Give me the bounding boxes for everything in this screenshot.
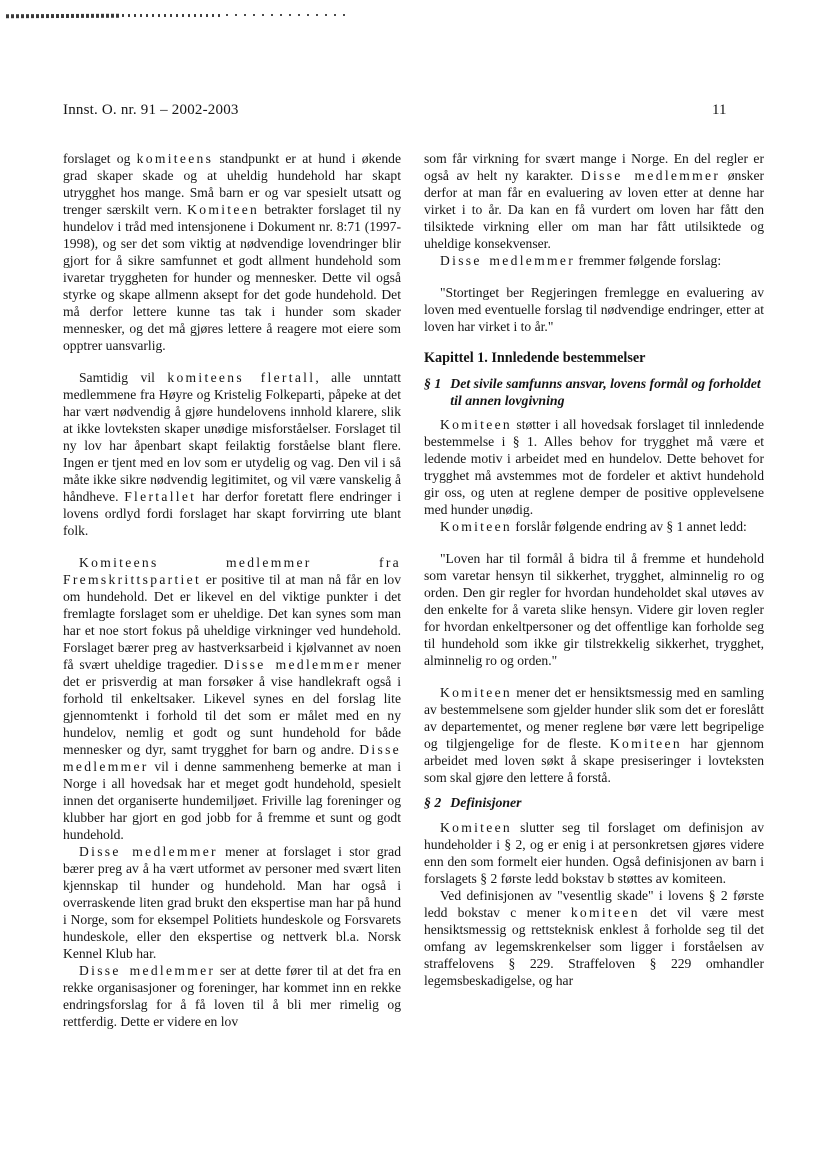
paragraph: Ved definisjonen av "vesentlig skade" i …: [424, 887, 764, 989]
body-text: , alle unntatt medlemmene fra Høyre og K…: [63, 370, 401, 504]
section-heading: § 1Det sivile samfunns ansvar, lovens fo…: [424, 376, 764, 409]
emphasized-text: Komiteen: [440, 417, 512, 432]
document-header-title: Innst. O. nr. 91 – 2002-2003: [63, 102, 239, 119]
paragraph: "Stortinget ber Regjeringen fremlegge en…: [424, 284, 764, 335]
paragraph: Komiteen slutter seg til forslaget om de…: [424, 819, 764, 887]
emphasized-text: Komiteen: [440, 685, 512, 700]
emphasized-text: Komiteen: [610, 736, 682, 751]
chapter-heading: Kapittel 1. Innledende bestemmelser: [424, 350, 764, 367]
emphasized-text: Komiteen: [187, 202, 259, 217]
paragraph: Disse medlemmer mener at forslaget i sto…: [63, 843, 401, 962]
section-number: § 2: [424, 795, 441, 812]
emphasized-text: Komiteen: [440, 820, 512, 835]
scan-artifact-line: [122, 14, 224, 17]
body-text: "Loven har til formål å bidra til å frem…: [424, 551, 764, 668]
paragraph: Komiteens medlemmer fra Fremskrittsparti…: [63, 554, 401, 843]
paragraph: Disse medlemmer ser at dette fører til a…: [63, 962, 401, 1030]
emphasized-text: Disse medlemmer: [224, 657, 361, 672]
section-heading: § 2Definisjoner: [424, 795, 764, 812]
emphasized-text: komiteen: [571, 905, 640, 920]
paragraph: som får virkning for svært mange i Norge…: [424, 150, 764, 252]
paragraph: "Loven har til formål å bidra til å frem…: [424, 550, 764, 669]
page-number: 11: [712, 102, 726, 119]
emphasized-text: Flertallet: [124, 489, 196, 504]
body-text: mener det er prisverdig at man forsøker …: [63, 657, 401, 757]
emphasized-text: komiteens: [137, 151, 214, 166]
emphasized-text: Disse medlemmer: [79, 963, 215, 978]
section-title: Definisjoner: [450, 795, 764, 812]
right-column: som får virkning for svært mange i Norge…: [424, 150, 764, 989]
section-title: Det sivile samfunns ansvar, lovens formå…: [450, 376, 764, 409]
section-number: § 1: [424, 376, 441, 409]
emphasized-text: Disse medlemmer: [79, 844, 218, 859]
paragraph: forslaget og komiteens standpunkt er at …: [63, 150, 401, 354]
body-text: mener at forslaget i stor grad bærer pre…: [63, 844, 401, 961]
paragraph: Samtidig vil komiteens flertall, alle un…: [63, 369, 401, 539]
body-text: forslår følgende endring av § 1 annet le…: [512, 519, 747, 534]
paragraph: Disse medlemmer fremmer følgende forslag…: [424, 252, 764, 269]
paragraph: Komiteen mener det er hensiktsmessig med…: [424, 684, 764, 786]
scan-artifact-line: [226, 14, 348, 16]
emphasized-text: komiteens flertall: [167, 370, 315, 385]
left-column: forslaget og komiteens standpunkt er at …: [63, 150, 401, 1030]
emphasized-text: Disse medlemmer: [581, 168, 720, 183]
body-text: Samtidig vil: [79, 370, 167, 385]
body-text: fremmer følgende forslag:: [575, 253, 721, 268]
emphasized-text: Disse medlemmer: [440, 253, 575, 268]
paragraph: Komiteen støtter i all hovedsak forslage…: [424, 416, 764, 518]
body-text: "Stortinget ber Regjeringen fremlegge en…: [424, 285, 764, 334]
emphasized-text: Komiteen: [440, 519, 512, 534]
body-text: støtter i all hovedsak forslaget til inn…: [424, 417, 764, 517]
scan-artifact-line: [6, 14, 120, 18]
body-text: betrakter forslaget til ny hundelov i tr…: [63, 202, 401, 353]
paragraph: Komiteen forslår følgende endring av § 1…: [424, 518, 764, 535]
body-text: forslaget og: [63, 151, 137, 166]
document-page: Innst. O. nr. 91 – 2002-2003 11 forslage…: [0, 0, 826, 1169]
